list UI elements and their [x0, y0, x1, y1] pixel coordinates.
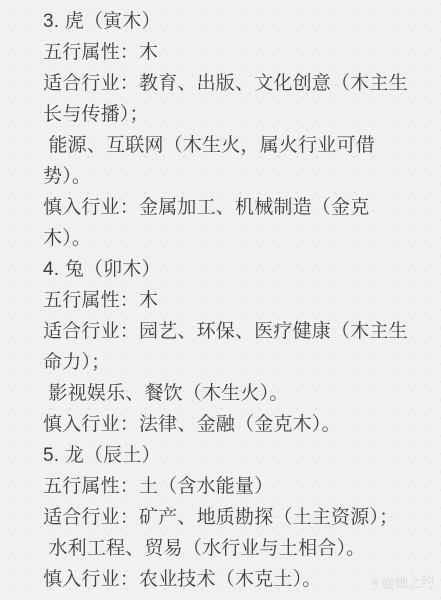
text-content: 3. 虎（寅木） 五行属性：木 适合行业：教育、出版、文化创意（木主生 长与传播…	[43, 6, 437, 595]
text-line: 能源、互联网（木生火，属火行业可借	[43, 130, 437, 161]
section-heading-dragon: 5. 龙（辰土）	[43, 440, 437, 471]
paw-icon: ※	[370, 575, 380, 589]
text-line: 五行属性：木	[43, 285, 437, 316]
text-line: 慎入行业：金属加工、机械制造（金克	[43, 192, 437, 223]
watermark-text: @她之约	[382, 572, 434, 591]
text-line: 五行属性：木	[43, 37, 437, 68]
section-heading-tiger: 3. 虎（寅木）	[43, 6, 437, 37]
text-line: 适合行业：园艺、环保、医疗健康（木主生	[43, 316, 437, 347]
text-line: 木）。	[43, 223, 437, 254]
watermark: ※ @她之约	[370, 572, 434, 591]
text-line: 影视娱乐、餐饮（木生火）。	[43, 378, 437, 409]
text-line: 慎入行业：法律、金融（金克木）。	[43, 409, 437, 440]
note-page: 3. 虎（寅木） 五行属性：木 适合行业：教育、出版、文化创意（木主生 长与传播…	[0, 0, 441, 600]
text-line: 长与传播）；	[43, 99, 437, 130]
text-line: 适合行业：矿产、地质勘探（土主资源）；	[43, 502, 437, 533]
text-line: 五行属性：土（含水能量）	[43, 471, 437, 502]
text-line: 水利工程、贸易（水行业与土相合）。	[43, 533, 437, 564]
section-heading-rabbit: 4. 兔（卯木）	[43, 254, 437, 285]
text-line: 适合行业：教育、出版、文化创意（木主生	[43, 68, 437, 99]
text-line: 命力）；	[43, 347, 437, 378]
text-line: 势）。	[43, 161, 437, 192]
